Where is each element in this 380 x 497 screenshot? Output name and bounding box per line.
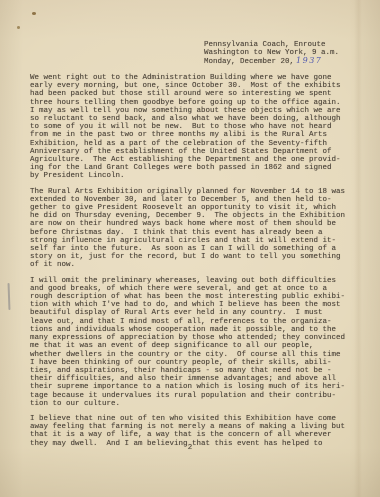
- header-date-typed: Monday, December 20,: [204, 58, 294, 66]
- letter-paragraph: We went right out to the Administration …: [30, 74, 364, 181]
- letter-header: Pennsylvania Coach, Enroute Washington t…: [204, 41, 339, 67]
- handwritten-year: 1937: [296, 56, 322, 65]
- page-number: 2: [0, 444, 380, 452]
- letter-page: Pennsylvania Coach, Enroute Washington t…: [0, 0, 380, 497]
- header-location-line: Pennsylvania Coach, Enroute: [204, 41, 339, 49]
- paper-speck: [17, 26, 20, 29]
- letter-paragraph: I will omit the preliminary whereases, l…: [30, 277, 364, 408]
- letter-paragraph: The Rural Arts Exhibition originally pla…: [30, 188, 364, 270]
- paper-speck: [32, 12, 36, 15]
- letter-body: We went right out to the Administration …: [30, 74, 364, 455]
- header-date-line: Monday, December 20,1937: [204, 57, 339, 66]
- letter-paragraph: I believe that nine out of ten who visit…: [30, 415, 364, 448]
